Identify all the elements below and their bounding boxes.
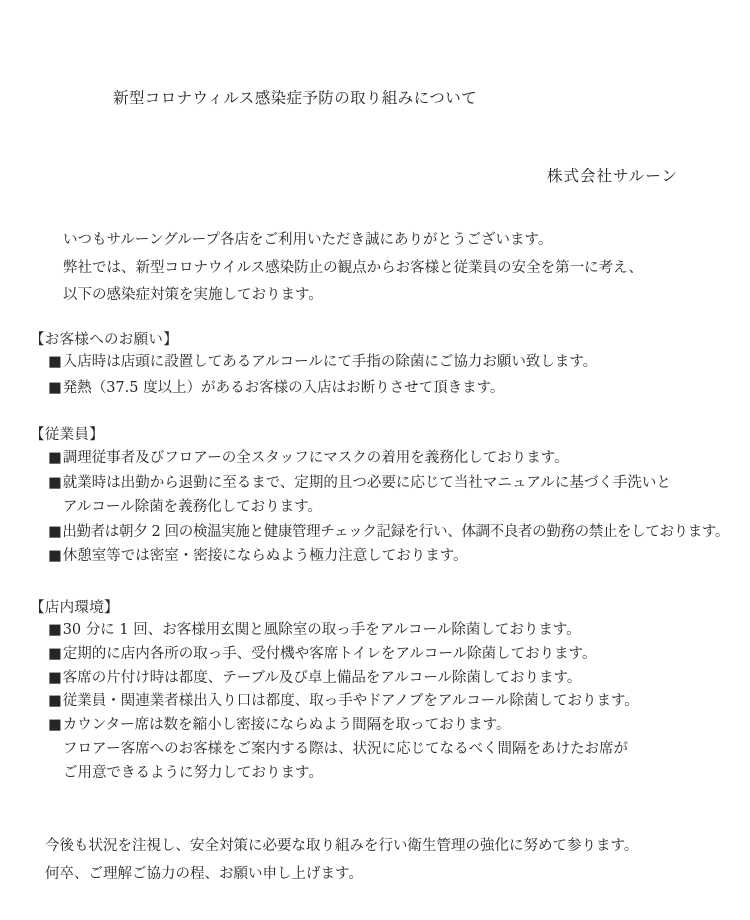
item-text: 30 分に 1 回、お客様用玄関と風除室の取っ手をアルコール除菌しております。 [63,622,581,638]
item-text: 客席の片付け時は都度、テーブル及び卓上備品をアルコール除菌しております。 [63,670,582,686]
intro-line: いつもサルーングループ各店をご利用いただき誠にありがとうございます。 [63,227,643,255]
bullet-item: ■就業時は出勤から退勤に至るまで、定期的且つ必要に応じて当社マニュアルに基づく手… [48,471,729,496]
bullet-item: ■定期的に店内各所の取っ手、受付機や客席トイレをアルコール除菌しております。 [48,643,639,667]
bullet-square-icon: ■ [48,717,62,733]
section-items-employees: ■調理従事者及びフロアーの全スタッフにマスクの着用を義務化しております。 ■就業… [48,446,729,569]
bullet-item: ■入店時は店頭に設置してあるアルコールにて手指の除菌にご協力お願い致します。 [48,350,597,376]
bullet-item: ■30 分に 1 回、お客様用玄関と風除室の取っ手をアルコール除菌しております。 [48,619,639,643]
bullet-item: ■発熱（37.5 度以上）があるお客様の入店はお断りさせて頂きます。 [48,376,597,402]
bullet-item: ■カウンター席は数を縮小し密接にならぬよう間隔を取っております。 [48,714,639,738]
item-text: カウンター席は数を縮小し密接にならぬよう間隔を取っております。 [63,717,511,733]
bullet-square-icon: ■ [48,380,62,396]
item-text: 定期的に店内各所の取っ手、受付機や客席トイレをアルコール除菌しております。 [63,646,597,662]
document-page: 新型コロナウィルス感染症予防の取り組みについて 株式会社サルーン いつもサルーン… [0,0,750,920]
bullet-square-icon: ■ [48,693,62,709]
bullet-item: ■休憩室等では密室・密接にならぬよう極力注意しております。 [48,544,729,569]
company-name: 株式会社サルーン [547,164,678,186]
closing-line: 何卒、ご理解ご協力の程、お願い申し上げます。 [45,861,638,889]
bullet-square-icon: ■ [48,450,62,466]
bullet-square-icon: ■ [48,354,62,370]
section-items-store-environment: ■30 分に 1 回、お客様用玄関と風除室の取っ手をアルコール除菌しております。… [48,619,639,786]
intro-paragraph: いつもサルーングループ各店をご利用いただき誠にありがとうございます。 弊社では、… [63,227,643,310]
bullet-square-icon: ■ [48,524,61,540]
item-text: 発熱（37.5 度以上）があるお客様の入店はお断りさせて頂きます。 [63,380,505,396]
item-text: 休憩室等では密室・密接にならぬよう極力注意しております。 [63,548,468,564]
bullet-square-icon: ■ [48,622,62,638]
section-items-customers: ■入店時は店頭に設置してあるアルコールにて手指の除菌にご協力お願い致します。 ■… [48,350,597,401]
item-text: 就業時は出勤から退勤に至るまで、定期的且つ必要に応じて当社マニュアルに基づく手洗… [63,475,671,491]
bullet-item: ■客席の片付け時は都度、テーブル及び卓上備品をアルコール除菌しております。 [48,667,639,691]
bullet-square-icon: ■ [48,548,62,564]
continuation-line: フロアー客席へのお客様をご案内する際は、状況に応じてなるべく間隔をあけたお席が [48,738,639,762]
bullet-square-icon: ■ [48,475,62,491]
item-text: 入店時は店頭に設置してあるアルコールにて手指の除菌にご協力お願い致します。 [63,354,597,370]
continuation-line: アルコール除菌を義務化しております。 [48,495,729,520]
intro-line: 以下の感染症対策を実施しております。 [63,282,643,310]
intro-line: 弊社では、新型コロナウイルス感染防止の観点からお客様と従業員の安全を第一に考え、 [63,255,643,283]
item-text: 従業員・関連業者様出入り口は都度、取っ手やドアノブをアルコール除菌しております。 [63,693,639,709]
continuation-line: ご用意できるように努力しております。 [48,762,639,786]
item-text: 出勤者は朝夕 2 回の検温実施と健康管理チェック記録を行い、体調不良者の勤務の禁… [62,524,729,540]
closing-line: 今後も状況を注視し、安全対策に必要な取り組みを行い衛生管理の強化に努めて参ります… [45,833,638,861]
closing-paragraph: 今後も状況を注視し、安全対策に必要な取り組みを行い衛生管理の強化に努めて参ります… [45,833,638,888]
bullet-item: ■従業員・関連業者様出入り口は都度、取っ手やドアノブをアルコール除菌しております… [48,690,639,714]
bullet-item: ■調理従事者及びフロアーの全スタッフにマスクの着用を義務化しております。 [48,446,729,471]
section-heading-customers: 【お客様へのお願い】 [30,328,178,349]
section-heading-store-environment: 【店内環境】 [30,596,119,617]
bullet-square-icon: ■ [48,646,62,662]
document-title: 新型コロナウィルス感染症予防の取り組みについて [113,86,477,108]
bullet-item: ■出勤者は朝夕 2 回の検温実施と健康管理チェック記録を行い、体調不良者の勤務の… [48,520,729,545]
bullet-square-icon: ■ [48,670,62,686]
section-heading-employees: 【従業員】 [30,423,104,444]
item-text: 調理従事者及びフロアーの全スタッフにマスクの着用を義務化しております。 [63,450,569,466]
